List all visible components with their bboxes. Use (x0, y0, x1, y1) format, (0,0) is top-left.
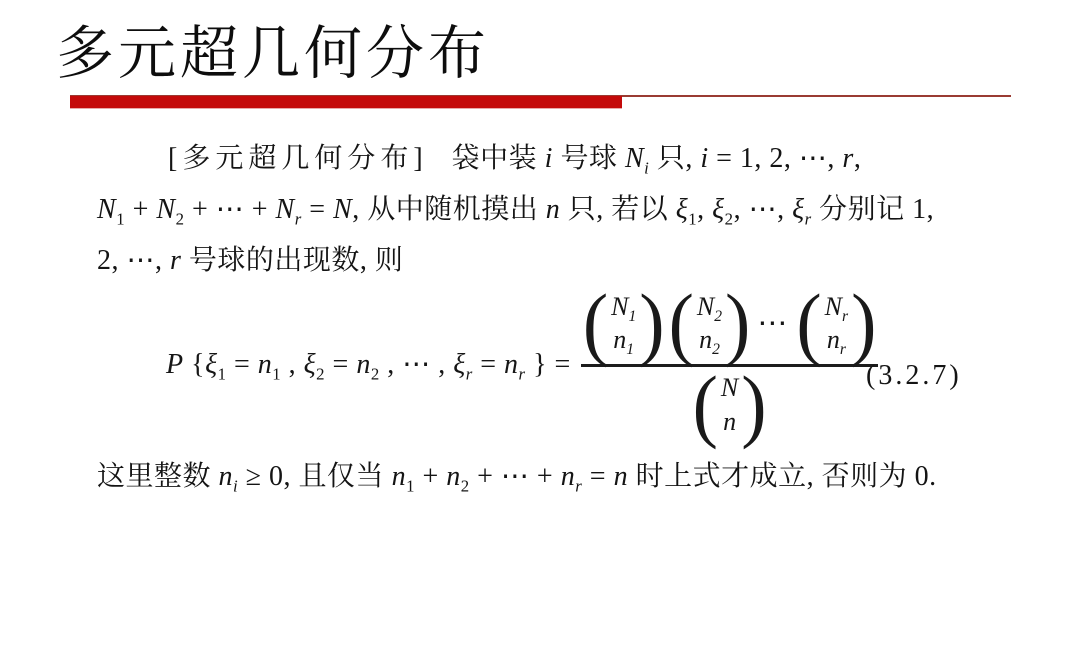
fraction-denominator: ( N n ) (691, 369, 769, 441)
slide-title: 多元超几何分布 (56, 6, 490, 90)
binomial-N1-n1: ( N1 n1 ) (583, 287, 665, 359)
binomial-Nr-nr: ( Nr nr ) (796, 287, 876, 359)
left-paren-icon: ( (583, 284, 608, 362)
right-paren-icon: ) (639, 284, 664, 362)
binomial-bottom: nr (827, 323, 846, 357)
slide: 多元超几何分布 [多元超几何分布]袋中装 i 号球 Ni 只, i = 1, 2… (0, 0, 1080, 657)
binomial-top: N2 (697, 290, 722, 324)
equation-number: (3.2.7) (866, 360, 962, 392)
left-paren-icon: ( (796, 284, 821, 362)
binomial-top: N1 (611, 290, 636, 324)
equation-fraction: ( N1 n1 ) ( N2 n2 ) ⋯ ( (581, 287, 879, 440)
right-paren-icon: ) (725, 284, 750, 362)
binomial-bottom: n (723, 405, 736, 439)
display-equation: P {ξ1 = n1 , ξ2 = n2 , ⋯ , ξr = nr } = (… (166, 274, 878, 454)
paragraph-footer: 这里整数 ni ≥ 0, 且仅当 n1 + n2 + ⋯ + nr = n 时上… (97, 457, 937, 497)
left-paren-icon: ( (693, 366, 718, 444)
accent-red-bar (70, 96, 622, 109)
binomial-bottom: n1 (613, 323, 634, 357)
binomial-bottom: n2 (699, 323, 720, 357)
right-paren-icon: ) (851, 284, 876, 362)
cdots-ellipsis: ⋯ (757, 306, 789, 341)
fraction-numerator: ( N1 n1 ) ( N2 n2 ) ⋯ ( (581, 287, 879, 359)
paragraph-line-1: [多元超几何分布]袋中装 i 号球 Ni 只, i = 1, 2, ⋯, r, (168, 139, 861, 179)
binomial-top: Nr (825, 290, 848, 324)
definition-bracket-label: [多元超几何分布] (168, 143, 428, 174)
left-paren-icon: ( (669, 284, 694, 362)
line-1-text: 袋中装 i 号球 Ni 只, i = 1, 2, ⋯, r, (452, 143, 862, 174)
binomial-N2-n2: ( N2 n2 ) (669, 287, 751, 359)
right-paren-icon: ) (741, 366, 766, 444)
binomial-N-n: ( N n ) (693, 369, 767, 441)
equation-lhs: P {ξ1 = n1 , ξ2 = n2 , ⋯ , ξr = nr } = (166, 347, 571, 381)
paragraph-line-2: N1 + N2 + ⋯ + Nr = N, 从中随机摸出 n 只, 若以 ξ1,… (97, 190, 934, 230)
binomial-top: N (721, 371, 738, 405)
